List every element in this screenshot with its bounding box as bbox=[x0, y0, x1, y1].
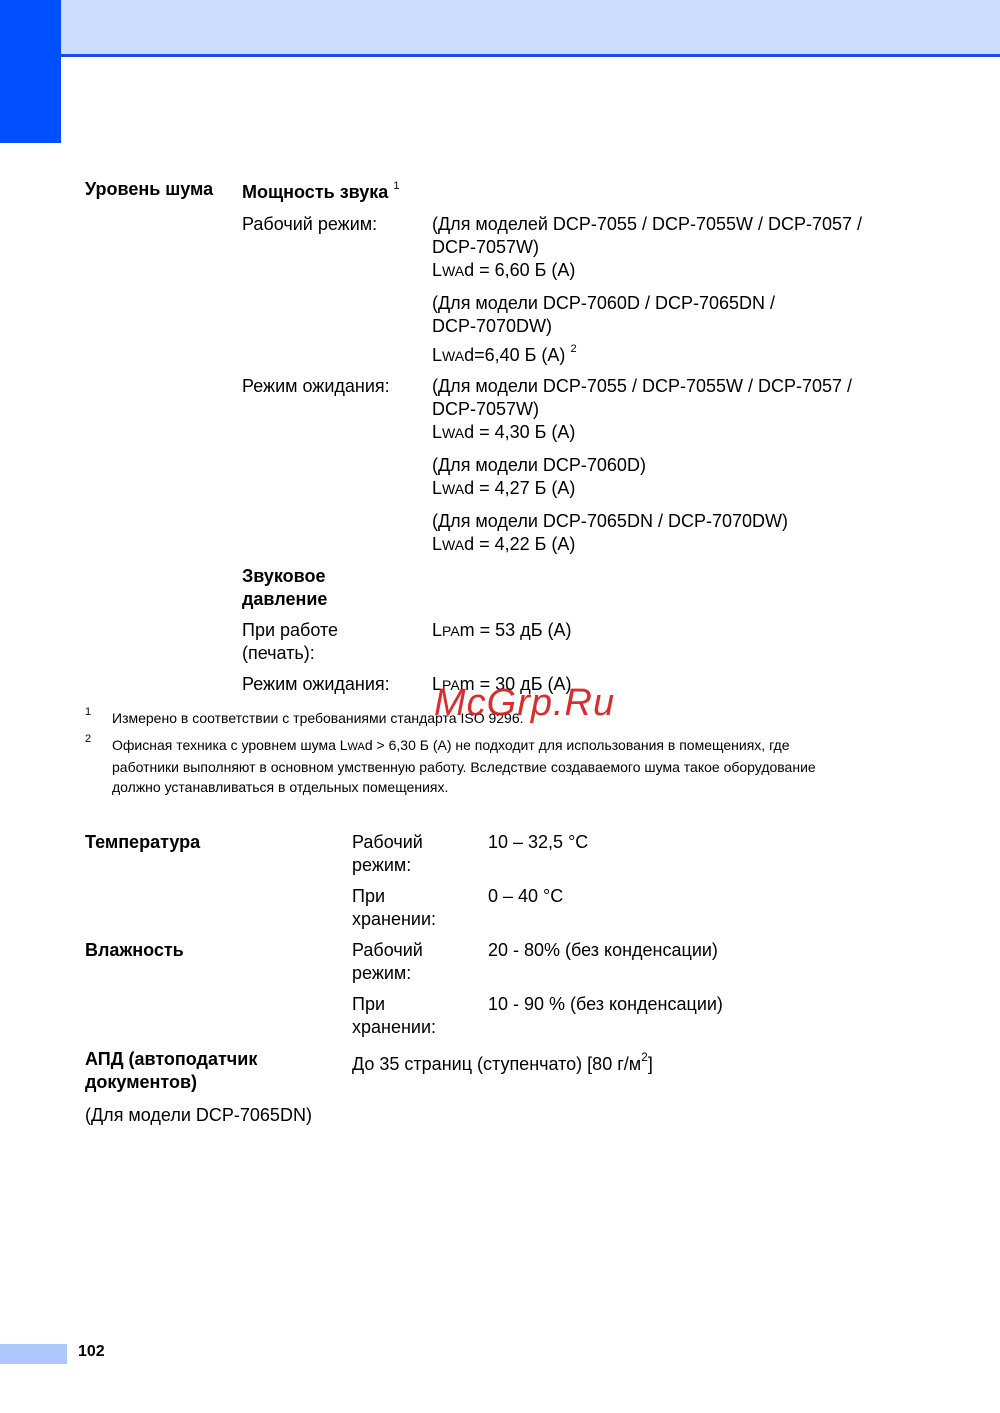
footnote-ref: 1 bbox=[393, 180, 399, 192]
footer-bar bbox=[0, 1344, 67, 1364]
page-number: 102 bbox=[78, 1343, 105, 1361]
humidity-storage-value: 10 - 90 % (без конденсации) bbox=[488, 993, 723, 1016]
temperature-title: Температура bbox=[85, 831, 200, 854]
sound-power-label: Мощность звука bbox=[242, 182, 388, 202]
label-line: Рабочий bbox=[352, 831, 423, 854]
footnote-line: должно устанавливаться в отдельных помещ… bbox=[112, 777, 816, 797]
sound-pressure-printing-label: При работе (печать): bbox=[242, 619, 338, 665]
noise-title: Уровень шума bbox=[85, 178, 213, 201]
title-line: документов) bbox=[85, 1071, 257, 1094]
humidity-storage-label: При хранении: bbox=[352, 993, 436, 1039]
adf-value: До 35 страниц (ступенчато) [80 г/м2] bbox=[352, 1053, 653, 1076]
title-line: Звуковое bbox=[242, 565, 327, 588]
footnote-ref: 2 bbox=[570, 343, 576, 355]
chapter-tab bbox=[0, 0, 61, 143]
label-line: (печать): bbox=[242, 642, 338, 665]
label-line: режим: bbox=[352, 854, 423, 877]
footnote-line: Офисная техника с уровнем шума LWAd > 6,… bbox=[112, 735, 816, 757]
header-band bbox=[61, 0, 1000, 57]
sound-power-standby-group-2: (Для модели DCP-7060D) LWAd = 4,27 Б (A) bbox=[432, 454, 646, 501]
footnote-number: 1 bbox=[85, 706, 91, 718]
sound-power-title: Мощность звука 1 bbox=[242, 181, 399, 204]
lwad-value: LWAd = 4,30 Б (A) bbox=[432, 421, 852, 445]
sound-power-standby-label: Режим ожидания: bbox=[242, 375, 390, 398]
label-line: При bbox=[352, 885, 436, 908]
adf-model-note: (Для модели DCP-7065DN) bbox=[85, 1104, 312, 1127]
lwad-value: LWAd = 4,27 Б (A) bbox=[432, 477, 646, 501]
models-text: (Для модели DCP-7060D) bbox=[432, 454, 646, 477]
lwad-value: LWAd=6,40 Б (A) 2 bbox=[432, 344, 775, 368]
models-text: (Для модели DCP-7065DN / DCP-7070DW) bbox=[432, 510, 788, 533]
title-line: давление bbox=[242, 588, 327, 611]
temperature-storage-label: При хранении: bbox=[352, 885, 436, 931]
temperature-operating-value: 10 – 32,5 °C bbox=[488, 831, 588, 854]
models-text: (Для модели DCP-7055 / DCP-7055W / DCP-7… bbox=[432, 375, 852, 398]
label-line: Рабочий bbox=[352, 939, 423, 962]
label-line: хранении: bbox=[352, 1016, 436, 1039]
lwad-value: LWAd = 4,22 Б (A) bbox=[432, 533, 788, 557]
sound-pressure-title: Звуковое давление bbox=[242, 565, 327, 611]
footnote-2-text: Офисная техника с уровнем шума LWAd > 6,… bbox=[112, 735, 816, 797]
humidity-operating-label: Рабочий режим: bbox=[352, 939, 423, 985]
lwad-value: LWAd = 6,60 Б (A) bbox=[432, 259, 862, 283]
temperature-operating-label: Рабочий режим: bbox=[352, 831, 423, 877]
label-line: При работе bbox=[242, 619, 338, 642]
lpam-printing-value: LPAm = 53 дБ (A) bbox=[432, 619, 572, 643]
sound-power-operating-label: Рабочий режим: bbox=[242, 213, 377, 236]
models-text: DCP-7070DW) bbox=[432, 315, 775, 338]
models-text: (Для моделей DCP-7055 / DCP-7055W / DCP-… bbox=[432, 213, 862, 236]
models-text: DCP-7057W) bbox=[432, 398, 852, 421]
sound-power-operating-group-1: (Для моделей DCP-7055 / DCP-7055W / DCP-… bbox=[432, 213, 862, 283]
sound-pressure-standby-label: Режим ожидания: bbox=[242, 673, 390, 696]
adf-title: АПД (автоподатчик документов) bbox=[85, 1048, 257, 1094]
sound-power-standby-group-3: (Для модели DCP-7065DN / DCP-7070DW) LWA… bbox=[432, 510, 788, 557]
sound-power-operating-group-2: (Для модели DCP-7060D / DCP-7065DN / DCP… bbox=[432, 292, 775, 368]
label-line: При bbox=[352, 993, 436, 1016]
label-line: режим: bbox=[352, 962, 423, 985]
footnote-line: работники выполняют в основном умственну… bbox=[112, 757, 816, 777]
label-line: хранении: bbox=[352, 908, 436, 931]
models-text: (Для модели DCP-7060D / DCP-7065DN / bbox=[432, 292, 775, 315]
temperature-storage-value: 0 – 40 °C bbox=[488, 885, 563, 908]
title-line: АПД (автоподатчик bbox=[85, 1048, 257, 1071]
humidity-operating-value: 20 - 80% (без конденсации) bbox=[488, 939, 718, 962]
watermark: McGrp.Ru bbox=[434, 682, 615, 725]
footnote-number: 2 bbox=[85, 733, 91, 745]
humidity-title: Влажность bbox=[85, 939, 184, 962]
models-text: DCP-7057W) bbox=[432, 236, 862, 259]
sound-power-standby-group-1: (Для модели DCP-7055 / DCP-7055W / DCP-7… bbox=[432, 375, 852, 445]
